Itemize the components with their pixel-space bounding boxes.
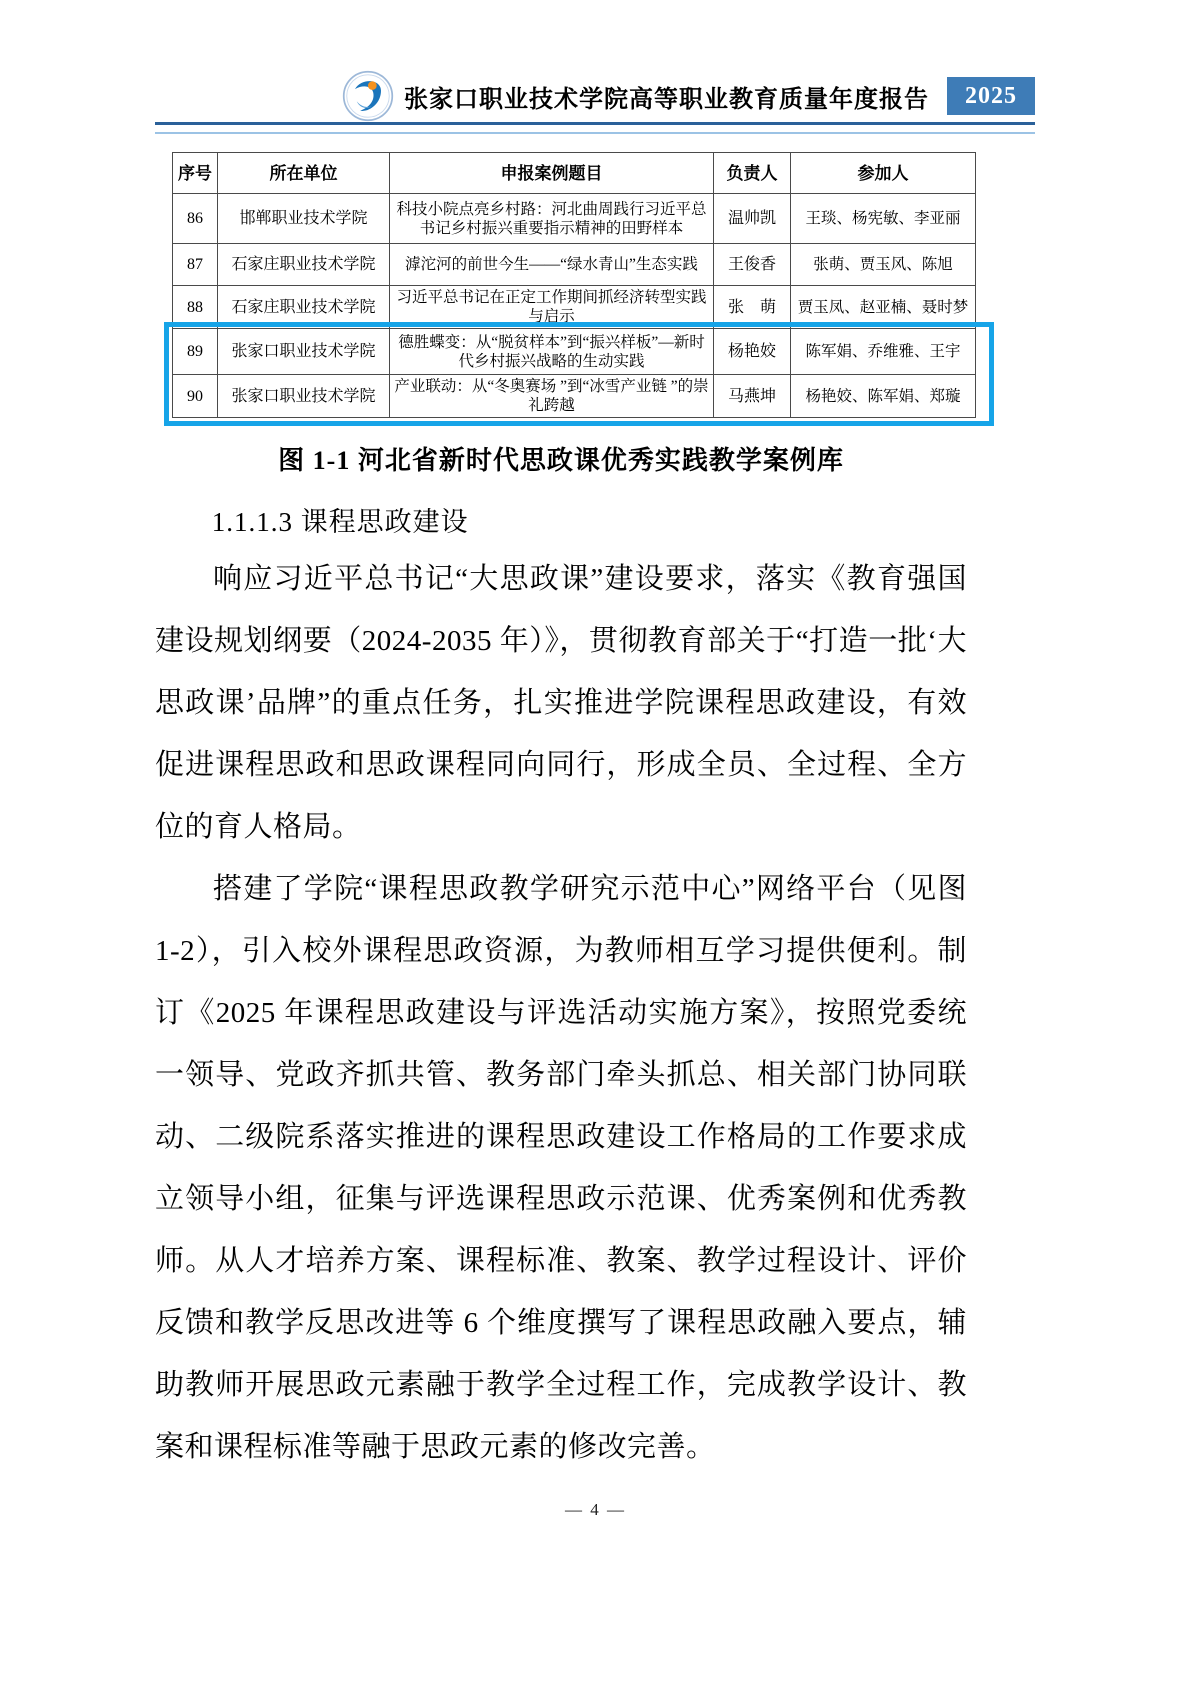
cell-title: 产业联动：从“冬奥赛场 ”到“冰雪产业链 ”的崇礼跨越: [390, 375, 714, 418]
col-header-participants: 参加人: [791, 153, 976, 194]
col-header-id: 序号: [173, 153, 218, 194]
table-header-row: 序号 所在单位 申报案例题目 负责人 参加人: [173, 153, 976, 194]
cell-id: 86: [173, 194, 218, 244]
table-row: 89 张家口职业技术学院 德胜蝶变：从“脱贫样本”到“振兴样板”—新时代乡村振兴…: [173, 329, 976, 375]
page-number: — 4 —: [0, 1500, 1191, 1520]
paragraph: 搭建了学院“课程思政教学研究示范中心”网络平台（见图 1-2），引入校外课程思政…: [155, 858, 967, 1478]
cell-leader: 马燕坤: [714, 375, 791, 418]
figure-caption: 图 1-1 河北省新时代思政课优秀实践教学案例库: [155, 440, 967, 477]
table-row: 87 石家庄职业技术学院 滹沱河的前世今生——“绿水青山”生态实践 王俊香 张萌…: [173, 244, 976, 286]
body-text: 响应习近平总书记“大思政课”建设要求，落实《教育强国建设规划纲要（2024-20…: [155, 548, 967, 1478]
cell-participants: 张萌、贾玉风、陈旭: [791, 244, 976, 286]
report-year-badge: 2025: [947, 77, 1035, 115]
cell-title: 习近平总书记在正定工作期间抓经济转型实践与启示: [390, 286, 714, 329]
page-header: 张家口职业技术学院高等职业教育质量年度报告 2025: [155, 72, 1035, 120]
college-logo-icon: [342, 70, 394, 122]
cell-id: 89: [173, 329, 218, 375]
cell-participants: 陈军娟、乔维雅、王宇: [791, 329, 976, 375]
header-divider: [155, 122, 1035, 134]
cell-unit: 张家口职业技术学院: [218, 329, 390, 375]
col-header-unit: 所在单位: [218, 153, 390, 194]
cell-participants: 贾玉凤、赵亚楠、聂时梦: [791, 286, 976, 329]
cell-id: 87: [173, 244, 218, 286]
cell-unit: 邯郸职业技术学院: [218, 194, 390, 244]
cell-title: 滹沱河的前世今生——“绿水青山”生态实践: [390, 244, 714, 286]
col-header-leader: 负责人: [714, 153, 791, 194]
cell-id: 90: [173, 375, 218, 418]
report-page: 张家口职业技术学院高等职业教育质量年度报告 2025 序号 所在单位 申报案例题…: [0, 0, 1191, 1684]
cell-unit: 石家庄职业技术学院: [218, 244, 390, 286]
cell-id: 88: [173, 286, 218, 329]
cell-leader: 张 萌: [714, 286, 791, 329]
cell-leader: 杨艳姣: [714, 329, 791, 375]
cell-title: 德胜蝶变：从“脱贫样本”到“振兴样板”—新时代乡村振兴战略的生动实践: [390, 329, 714, 375]
table-row: 88 石家庄职业技术学院 习近平总书记在正定工作期间抓经济转型实践与启示 张 萌…: [173, 286, 976, 329]
cell-participants: 杨艳姣、陈军娟、郑璇: [791, 375, 976, 418]
table-body: 86 邯郸职业技术学院 科技小院点亮乡村路：河北曲周践行习近平总书记乡村振兴重要…: [173, 194, 976, 418]
col-header-title: 申报案例题目: [390, 153, 714, 194]
cell-unit: 张家口职业技术学院: [218, 375, 390, 418]
cell-title: 科技小院点亮乡村路：河北曲周践行习近平总书记乡村振兴重要指示精神的田野样本: [390, 194, 714, 244]
cases-table-wrap: 序号 所在单位 申报案例题目 负责人 参加人 86 邯郸职业技术学院 科技小院点…: [172, 152, 975, 418]
report-title: 张家口职业技术学院高等职业教育质量年度报告: [404, 79, 929, 114]
table-row: 86 邯郸职业技术学院 科技小院点亮乡村路：河北曲周践行习近平总书记乡村振兴重要…: [173, 194, 976, 244]
cell-leader: 王俊香: [714, 244, 791, 286]
cell-leader: 温帅凯: [714, 194, 791, 244]
cell-participants: 王琰、杨宪敏、李亚丽: [791, 194, 976, 244]
cell-unit: 石家庄职业技术学院: [218, 286, 390, 329]
paragraph: 响应习近平总书记“大思政课”建设要求，落实《教育强国建设规划纲要（2024-20…: [155, 548, 967, 858]
cases-table: 序号 所在单位 申报案例题目 负责人 参加人 86 邯郸职业技术学院 科技小院点…: [172, 152, 976, 418]
table-row: 90 张家口职业技术学院 产业联动：从“冬奥赛场 ”到“冰雪产业链 ”的崇礼跨越…: [173, 375, 976, 418]
section-heading: 1.1.1.3 课程思政建设: [155, 500, 967, 539]
